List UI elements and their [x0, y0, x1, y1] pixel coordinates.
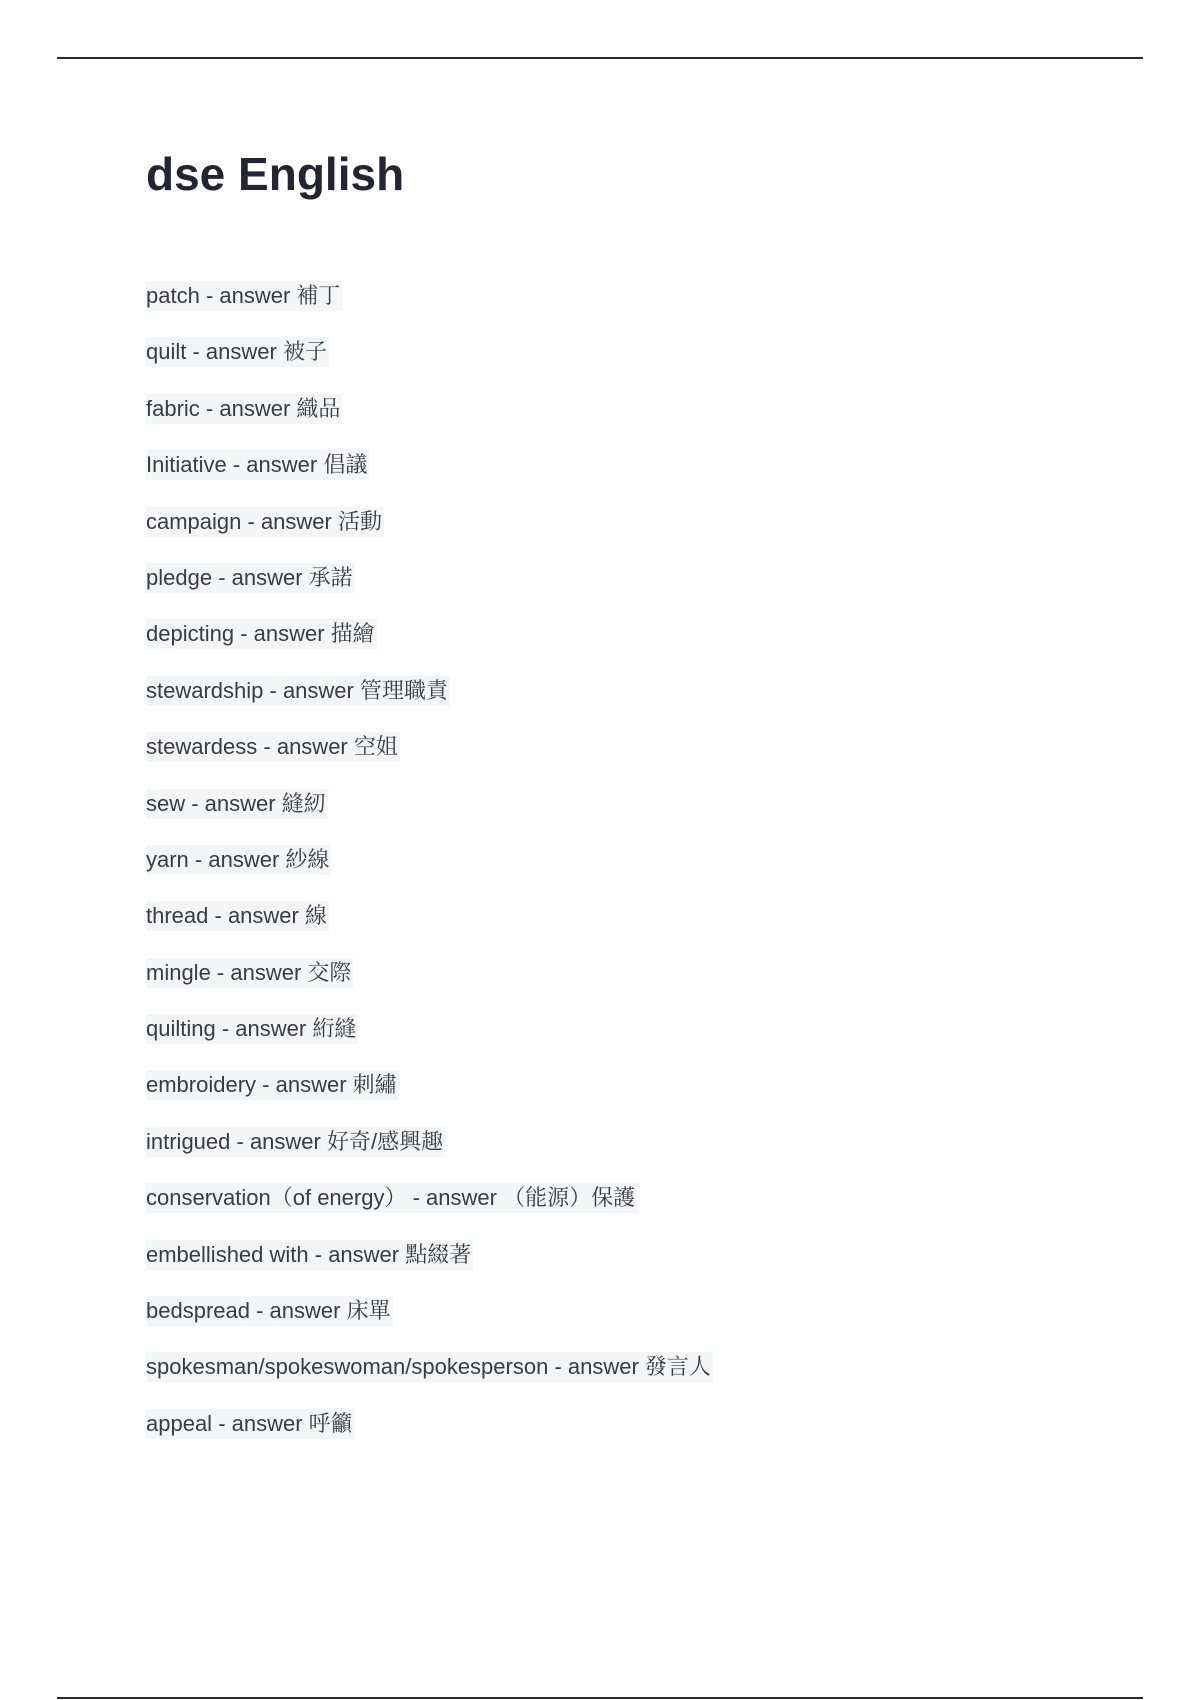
vocab-answer: 發言人: [645, 1354, 711, 1379]
vocab-entry-text: sew - answer 縫紉: [146, 789, 328, 819]
vocab-term: quilt: [146, 339, 186, 364]
vocab-answer: 織品: [296, 396, 340, 421]
vocab-separator: - answer: [548, 1354, 645, 1379]
vocab-term: Initiative: [146, 452, 227, 477]
vocab-separator: - answer: [200, 396, 297, 421]
vocab-answer: 描繪: [331, 621, 375, 646]
vocab-entry-text: spokesman/spokeswoman/spokesperson - ans…: [146, 1352, 713, 1382]
vocab-answer: 呼籲: [309, 1411, 353, 1436]
document-body: dse English patch - answer 補丁 quilt - an…: [146, 140, 1106, 208]
vocab-separator: - answer: [250, 1298, 347, 1323]
vocab-item: thread - answer 線: [146, 901, 713, 957]
vocab-answer: 床單: [347, 1298, 391, 1323]
vocab-item: conservation（of energy） - answer （能源）保護: [146, 1183, 713, 1239]
vocab-entry-text: stewardship - answer 管理職責: [146, 676, 450, 706]
vocab-entry-text: stewardess - answer 空姐: [146, 732, 400, 762]
vocab-answer: 補丁: [296, 283, 340, 308]
vocab-term: stewardship: [146, 678, 263, 703]
vocab-separator: - answer: [406, 1185, 503, 1210]
vocab-entry-text: depicting - answer 描繪: [146, 619, 377, 649]
vocab-entry-text: intrigued - answer 好奇/感興趣: [146, 1127, 445, 1157]
vocab-term: stewardess: [146, 734, 257, 759]
vocab-answer: 空姐: [354, 734, 398, 759]
vocab-separator: - answer: [230, 1129, 327, 1154]
vocab-answer: 承諾: [309, 565, 353, 590]
vocab-entry-text: quilt - answer 被子: [146, 337, 329, 367]
vocab-term: patch: [146, 283, 200, 308]
vocab-item: quilting - answer 絎縫: [146, 1014, 713, 1070]
vocab-item: appeal - answer 呼籲: [146, 1409, 713, 1465]
vocab-entry-text: campaign - answer 活動: [146, 507, 384, 537]
vocab-term: fabric: [146, 396, 200, 421]
vocab-term: mingle: [146, 960, 211, 985]
vocab-answer: 被子: [283, 339, 327, 364]
vocab-answer: 線: [305, 903, 327, 928]
vocab-term: campaign: [146, 509, 241, 534]
vocab-separator: - answer: [234, 621, 331, 646]
vocab-term: embroidery: [146, 1072, 256, 1097]
vocab-separator: - answer: [263, 678, 360, 703]
vocab-term: yarn: [146, 847, 189, 872]
vocab-item: stewardship - answer 管理職責: [146, 676, 713, 732]
vocab-answer: 交際: [307, 960, 351, 985]
vocab-separator: - answer: [212, 1411, 309, 1436]
vocab-entry-text: mingle - answer 交際: [146, 958, 353, 988]
vocab-item: mingle - answer 交際: [146, 958, 713, 1014]
vocab-item: depicting - answer 描繪: [146, 619, 713, 675]
vocab-answer: 管理職責: [360, 678, 448, 703]
vocab-entry-text: appeal - answer 呼籲: [146, 1409, 355, 1439]
vocab-separator: - answer: [212, 565, 309, 590]
vocab-item: quilt - answer 被子: [146, 337, 713, 393]
vocab-term: quilting: [146, 1016, 216, 1041]
vocab-answer: 好奇/感興趣: [327, 1129, 443, 1154]
vocab-answer: 活動: [338, 509, 382, 534]
vocab-separator: - answer: [211, 960, 308, 985]
vocab-entry-text: patch - answer 補丁: [146, 281, 342, 311]
vocab-answer: 絎縫: [312, 1016, 356, 1041]
vocab-term: appeal: [146, 1411, 212, 1436]
vocab-term: intrigued: [146, 1129, 230, 1154]
vocab-separator: - answer: [256, 1072, 353, 1097]
vocab-item: embroidery - answer 刺繡: [146, 1070, 713, 1126]
vocab-item: intrigued - answer 好奇/感興趣: [146, 1127, 713, 1183]
vocab-entry-text: Initiative - answer 倡議: [146, 450, 369, 480]
vocab-answer: 點綴著: [405, 1242, 471, 1267]
vocab-item: fabric - answer 織品: [146, 394, 713, 450]
vocab-separator: - answer: [216, 1016, 313, 1041]
vocab-term: spokesman/spokeswoman/spokesperson: [146, 1354, 548, 1379]
vocab-answer: 倡議: [323, 452, 367, 477]
document-title: dse English: [146, 140, 1106, 208]
vocab-entry-text: quilting - answer 絎縫: [146, 1014, 358, 1044]
vocab-entry-text: conservation（of energy） - answer （能源）保護: [146, 1183, 637, 1213]
vocab-separator: - answer: [257, 734, 354, 759]
vocab-item: stewardess - answer 空姐: [146, 732, 713, 788]
vocab-separator: - answer: [241, 509, 338, 534]
vocab-separator: - answer: [185, 791, 282, 816]
vocab-entry-text: thread - answer 線: [146, 901, 329, 931]
vocab-separator: - answer: [227, 452, 324, 477]
vocab-answer: 刺繡: [353, 1072, 397, 1097]
top-divider: [57, 57, 1143, 59]
vocab-item: sew - answer 縫紉: [146, 789, 713, 845]
vocab-separator: - answer: [309, 1242, 406, 1267]
vocab-separator: - answer: [208, 903, 305, 928]
vocab-term: embellished with: [146, 1242, 309, 1267]
vocab-item: pledge - answer 承諾: [146, 563, 713, 619]
vocab-term: thread: [146, 903, 208, 928]
vocab-term: pledge: [146, 565, 212, 590]
vocab-answer: 紗線: [285, 847, 329, 872]
vocab-term: conservation（of energy）: [146, 1185, 406, 1210]
vocab-entry-text: bedspread - answer 床單: [146, 1296, 393, 1326]
vocab-term: sew: [146, 791, 185, 816]
vocab-term: bedspread: [146, 1298, 250, 1323]
vocab-entry-text: embroidery - answer 刺繡: [146, 1070, 399, 1100]
vocab-entry-text: fabric - answer 織品: [146, 394, 342, 424]
vocab-term: depicting: [146, 621, 234, 646]
vocab-entry-text: embellished with - answer 點綴著: [146, 1240, 473, 1270]
vocab-separator: - answer: [200, 283, 297, 308]
vocab-item: patch - answer 補丁: [146, 281, 713, 337]
vocabulary-list: patch - answer 補丁 quilt - answer 被子 fabr…: [146, 281, 713, 1465]
vocab-answer: 縫紉: [282, 791, 326, 816]
vocab-entry-text: pledge - answer 承諾: [146, 563, 355, 593]
vocab-item: yarn - answer 紗線: [146, 845, 713, 901]
vocab-answer: （能源）保護: [503, 1185, 635, 1210]
vocab-item: bedspread - answer 床單: [146, 1296, 713, 1352]
vocab-item: campaign - answer 活動: [146, 507, 713, 563]
vocab-entry-text: yarn - answer 紗線: [146, 845, 331, 875]
vocab-separator: - answer: [189, 847, 286, 872]
vocab-item: embellished with - answer 點綴著: [146, 1240, 713, 1296]
bottom-divider: [57, 1697, 1143, 1699]
vocab-item: spokesman/spokeswoman/spokesperson - ans…: [146, 1352, 713, 1408]
vocab-item: Initiative - answer 倡議: [146, 450, 713, 506]
vocab-separator: - answer: [186, 339, 283, 364]
